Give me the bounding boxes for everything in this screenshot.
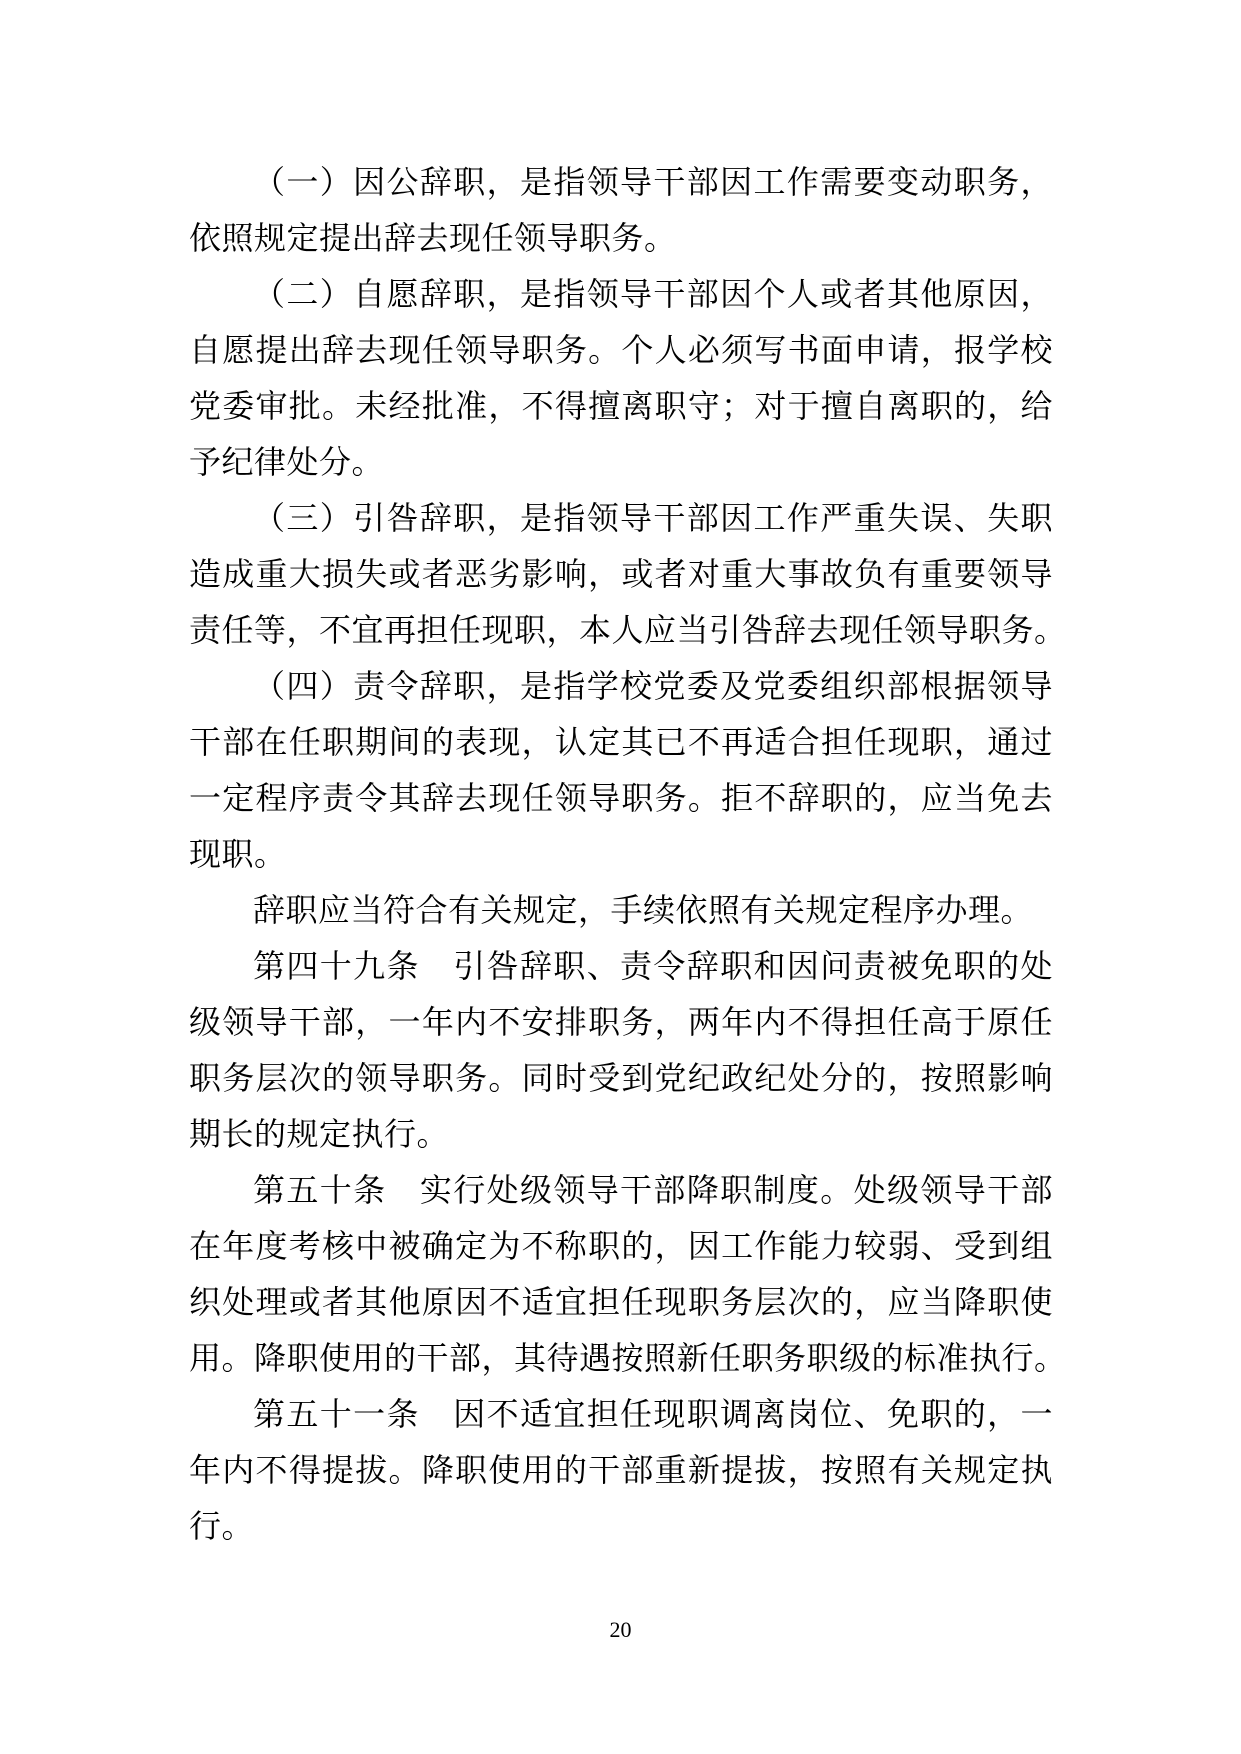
text-line: 年内不得提拔。降职使用的干部重新提拔，按照有关规定执	[189, 1442, 1053, 1498]
text-line: 依照规定提出辞去现任领导职务。	[189, 210, 1053, 266]
document-page: （一）因公辞职，是指领导干部因工作需要变动职务， 依照规定提出辞去现任领导职务。…	[0, 0, 1241, 1754]
text-line: 级领导干部，一年内不安排职务，两年内不得担任高于原任	[189, 994, 1053, 1050]
text-line: 在年度考核中被确定为不称职的，因工作能力较弱、受到组	[189, 1218, 1053, 1274]
page-number: 20	[0, 1616, 1241, 1644]
text-line: 予纪律处分。	[189, 434, 1053, 490]
text-line: 一定程序责令其辞去现任领导职务。拒不辞职的，应当免去	[189, 770, 1053, 826]
text-line: 责任等，不宜再担任现职，本人应当引咎辞去现任领导职务。	[189, 602, 1053, 658]
text-line: 行。	[189, 1498, 1053, 1554]
text-line: （二）自愿辞职，是指领导干部因个人或者其他原因，	[189, 266, 1053, 322]
text-line: 辞职应当符合有关规定，手续依照有关规定程序办理。	[189, 882, 1053, 938]
text-line: （四）责令辞职，是指学校党委及党委组织部根据领导	[189, 658, 1053, 714]
text-line: 党委审批。未经批准，不得擅离职守；对于擅自离职的，给	[189, 378, 1053, 434]
text-line: 职务层次的领导职务。同时受到党纪政纪处分的，按照影响	[189, 1050, 1053, 1106]
text-line: 现职。	[189, 826, 1053, 882]
text-line: 自愿提出辞去现任领导职务。个人必须写书面申请，报学校	[189, 322, 1053, 378]
text-line: 干部在任职期间的表现，认定其已不再适合担任现职，通过	[189, 714, 1053, 770]
text-line: （一）因公辞职，是指领导干部因工作需要变动职务，	[189, 154, 1053, 210]
text-line: 造成重大损失或者恶劣影响，或者对重大事故负有重要领导	[189, 546, 1053, 602]
text-line: （三）引咎辞职，是指领导干部因工作严重失误、失职	[189, 490, 1053, 546]
text-line: 期长的规定执行。	[189, 1106, 1053, 1162]
text-line: 织处理或者其他原因不适宜担任现职务层次的，应当降职使	[189, 1274, 1053, 1330]
text-line: 第四十九条 引咎辞职、责令辞职和因问责被免职的处	[189, 938, 1053, 994]
document-body: （一）因公辞职，是指领导干部因工作需要变动职务， 依照规定提出辞去现任领导职务。…	[189, 154, 1053, 1554]
text-line: 用。降职使用的干部，其待遇按照新任职务职级的标准执行。	[189, 1330, 1053, 1386]
text-line: 第五十一条 因不适宜担任现职调离岗位、免职的，一	[189, 1386, 1053, 1442]
text-line: 第五十条 实行处级领导干部降职制度。处级领导干部	[189, 1162, 1053, 1218]
